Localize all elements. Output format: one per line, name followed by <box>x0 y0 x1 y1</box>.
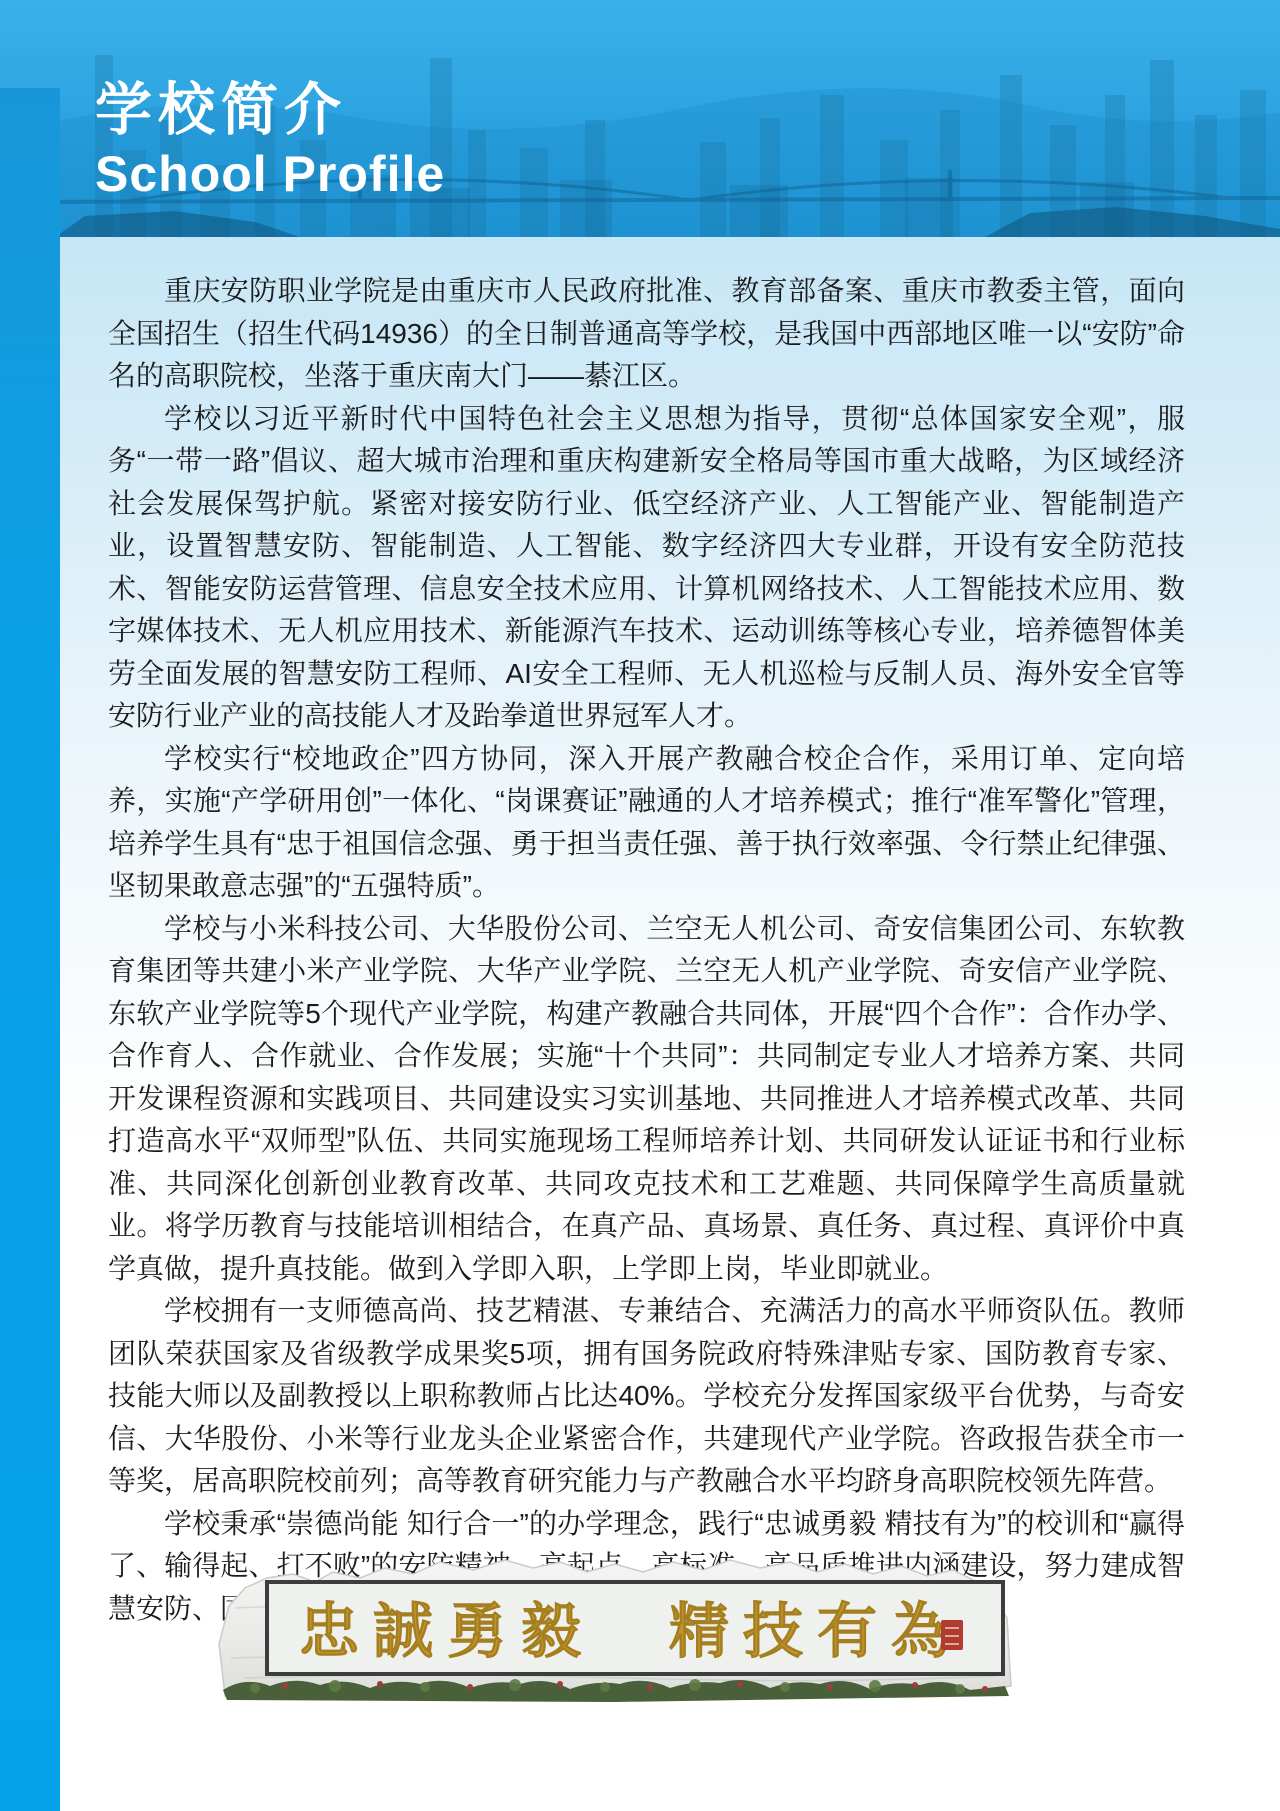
body-paragraph: 学校实行“校地政企”四方协同，深入开展产教融合校企合作，采用订单、定向培养，实施… <box>108 738 1185 908</box>
school-profile-text: 重庆安防职业学院是由重庆市人民政府批准、教育部备案、重庆市教委主管，面向全国招生… <box>60 237 1280 1630</box>
left-accent-bar <box>0 88 60 1811</box>
body-paragraph: 学校与小米科技公司、大华股份公司、兰空无人机公司、奇安信集团公司、东软教育集团等… <box>108 908 1185 1291</box>
page-title-en: School Profile <box>95 146 445 202</box>
seal-stamp-icon <box>941 1620 963 1650</box>
body-paragraph: 重庆安防职业学院是由重庆市人民政府批准、教育部备案、重庆市教委主管，面向全国招生… <box>108 270 1185 398</box>
motto-stone-image: 忠誠勇毅 精技有為 <box>215 1548 1017 1704</box>
stone-inscription: 忠誠勇毅 精技有為 <box>299 1599 965 1665</box>
motto-stone-photo: 忠誠勇毅 精技有為 <box>215 1548 1017 1704</box>
header-titles: 学校简介 School Profile <box>95 78 445 202</box>
body-paragraph: 学校以习近平新时代中国特色社会主义思想为指导，贯彻“总体国家安全观”，服务“一带… <box>108 398 1185 738</box>
page-header: 学校简介 School Profile <box>0 0 1280 237</box>
page-title-zh: 学校简介 <box>95 78 445 142</box>
page: 学校简介 School Profile 重庆安防职业学院是由重庆市人民政府批准、… <box>0 0 1280 1811</box>
body-paragraph: 学校拥有一支师德高尚、技艺精湛、专兼结合、充满活力的高水平师资队伍。教师团队荣获… <box>108 1290 1185 1503</box>
